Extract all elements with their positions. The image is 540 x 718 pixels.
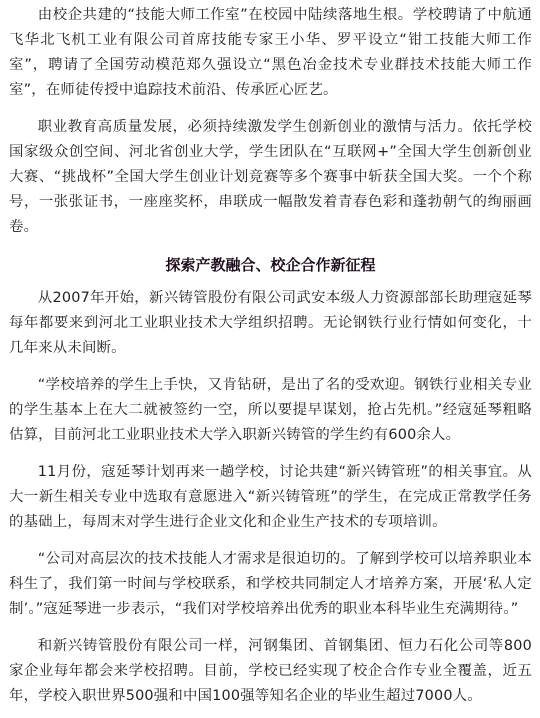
paragraph-master-studio: 由校企共建的“技能大师工作室”在校园中陆续落地生根。学校聘请了中航通飞华北飞机工… [9,3,532,103]
section-heading: 探索产教融合、校企合作新征程 [9,252,532,278]
paragraph-recruitment-history: 从2007年开始，新兴铸管股份有限公司武安本级人力资源部部长助理寇延琴每年都要来… [9,286,532,361]
paragraph-enterprises: 和新兴铸管股份有限公司一样，河钢集团、首钢集团、恒力石化公司等800家企业每年都… [9,634,532,709]
paragraph-class-plan: 11月份，寇延琴计划再来一趟学校，讨论共建“新兴铸管班”的相关事宜。从大一新生相… [9,460,532,535]
paragraph-innovation: 职业教育高质量发展，必须持续激发学生创新创业的激情与活力。依托学校国家级众创空间… [9,115,532,240]
paragraph-quote-company: “公司对高层次的技术技能人才需求是很迫切的。了解到学校可以培养职业本科生了，我们… [9,547,532,622]
paragraph-quote-students: “学校培养的学生上手快，又肯钻研，是出了名的受欢迎。钢铁行业相关专业的学生基本上… [9,373,532,448]
article-body: 由校企共建的“技能大师工作室”在校园中陆续落地生根。学校聘请了中航通飞华北飞机工… [0,0,540,709]
